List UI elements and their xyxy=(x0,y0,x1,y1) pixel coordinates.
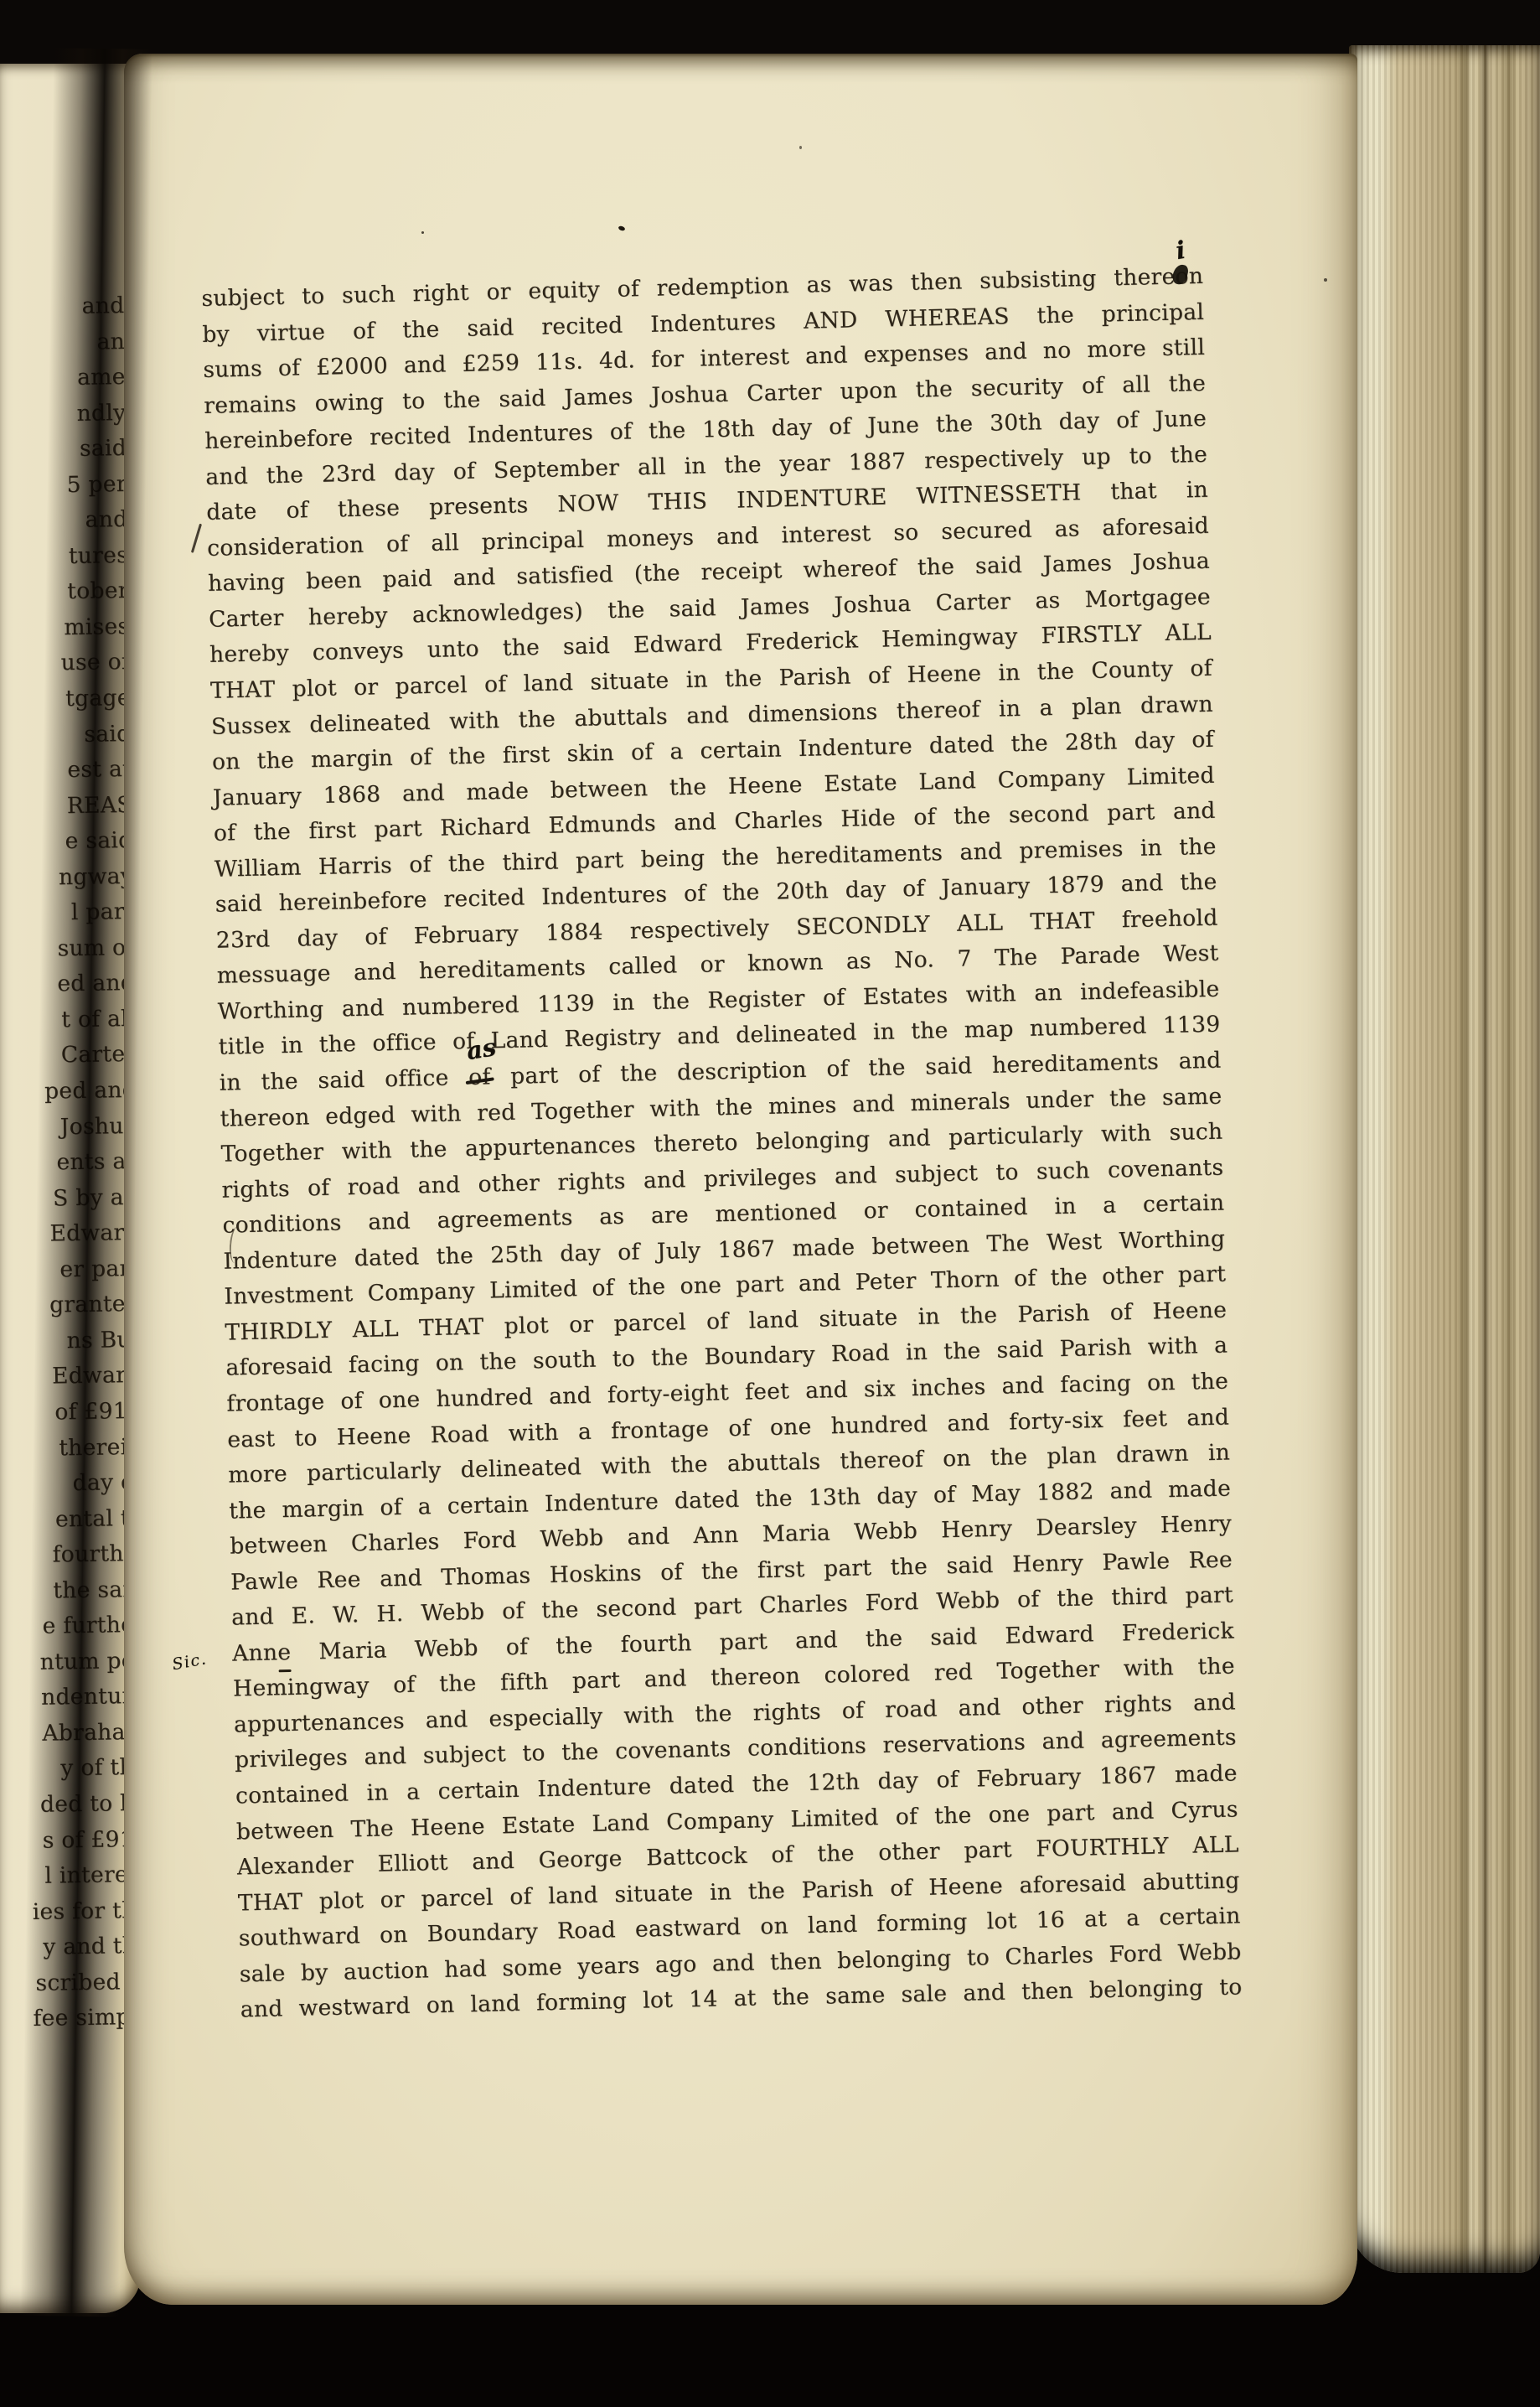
ink-speck xyxy=(618,225,625,231)
handwritten-correction: i xyxy=(1175,238,1188,263)
correction-blot: oi xyxy=(1175,259,1189,295)
correction-underline: e xyxy=(277,1635,292,1671)
deed-text-block: subject to such right or equity of redem… xyxy=(201,259,1243,2028)
correction-strike: ofas xyxy=(468,1059,491,1095)
page-stack-fore-edge xyxy=(1349,45,1540,2273)
ink-speck xyxy=(421,231,424,234)
handwritten-correction: as xyxy=(464,1035,497,1064)
pen-tick-mark xyxy=(191,524,202,553)
ink-speck xyxy=(1324,278,1327,282)
margin-annotation-sic: Sic. xyxy=(169,1641,210,1682)
ink-speck xyxy=(799,146,802,149)
register-page: subject to such right or equity of redem… xyxy=(124,54,1357,2305)
photographed-register-book: andanamendlysaid5 perandturestobermisesu… xyxy=(0,0,1540,2407)
